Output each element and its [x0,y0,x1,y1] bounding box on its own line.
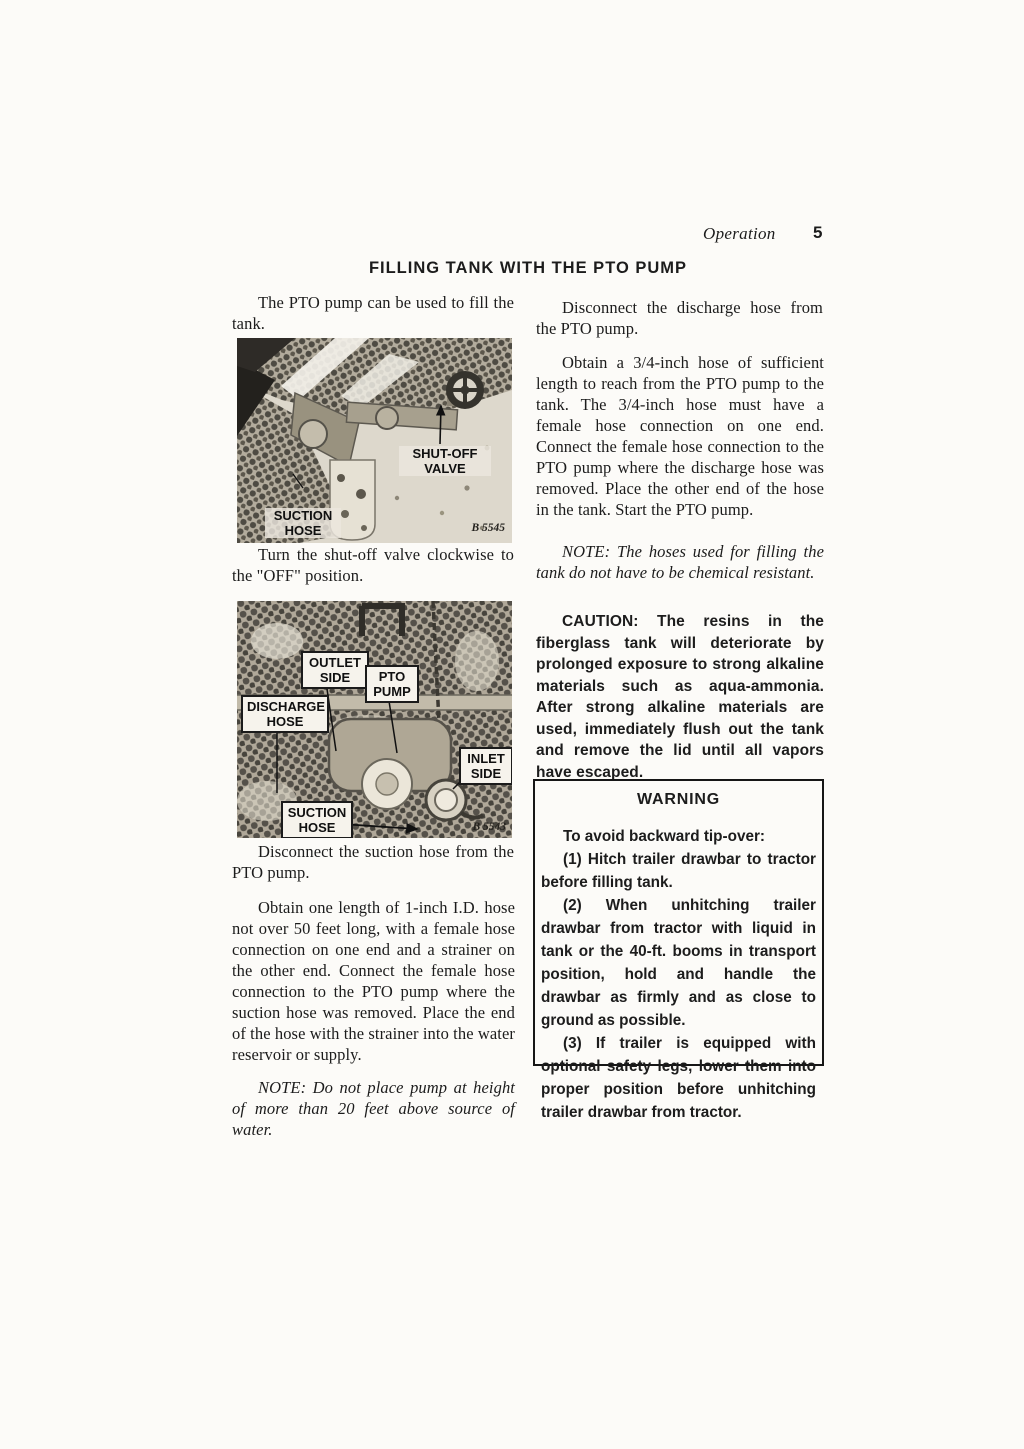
figure-label-outlet-side: OUTLET SIDE [301,651,369,689]
warning-item-2: (2) When unhitching trailer drawbar from… [541,894,816,1032]
para-disconnect-suction: Disconnect the suction hose from the PTO… [232,841,514,883]
figure-label-pto-pump: PTO PUMP [365,665,419,703]
para-disconnect-discharge: Disconnect the discharge hose from the P… [536,297,823,339]
para-obtain-hose-left: Obtain one length of 1-inch I.D. hose no… [232,897,515,1065]
figure-label-suction-hose: SUCTION HOSE [281,801,353,838]
page-title: FILLING TANK WITH THE PTO PUMP [232,259,824,278]
para-obtain-hose-right: Obtain a 3/4-inch hose of sufficient len… [536,352,824,520]
figure-shutoff-valve-photo: SHUT-OFF VALVE SUCTION HOSE B 5545 [237,338,512,543]
para-intro: The PTO pump can be used to fill the tan… [232,292,514,334]
figure-photo-id: B 5545 [471,522,505,534]
figure-label-suction-hose: SUCTION HOSE [265,508,341,538]
figure-label-shutoff-valve: SHUT-OFF VALVE [399,446,491,476]
figure-label-discharge-hose: DISCHARGE HOSE [241,695,329,733]
caution-paragraph: CAUTION: The resins in the fiberglass ta… [536,611,824,783]
warning-title: WARNING [541,791,816,809]
warning-intro: To avoid backward tip-over: [541,825,816,848]
figure-label-inlet-side: INLET SIDE [459,747,512,785]
manual-page: Operation 5 FILLING TANK WITH THE PTO PU… [0,0,1024,1449]
figure-photo-id: B 5543 [472,821,506,833]
note-pump-height: NOTE: Do not place pump at height of mor… [232,1077,515,1140]
figure-pto-pump-photo: OUTLET SIDE PTO PUMP DISCHARGE HOSE INLE… [237,601,512,838]
warning-item-1: (1) Hitch trailer drawbar to tractor bef… [541,848,816,894]
header-section-title: Operation [703,224,776,244]
para-turn-valve: Turn the shut-off valve clockwise to the… [232,544,514,586]
warning-item-3: (3) If trailer is equipped with optional… [541,1032,816,1124]
header-page-number: 5 [813,223,822,243]
note-chemical-resistant: NOTE: The hoses used for filling the tan… [536,541,824,583]
warning-box: WARNING To avoid backward tip-over: (1) … [533,779,824,1066]
